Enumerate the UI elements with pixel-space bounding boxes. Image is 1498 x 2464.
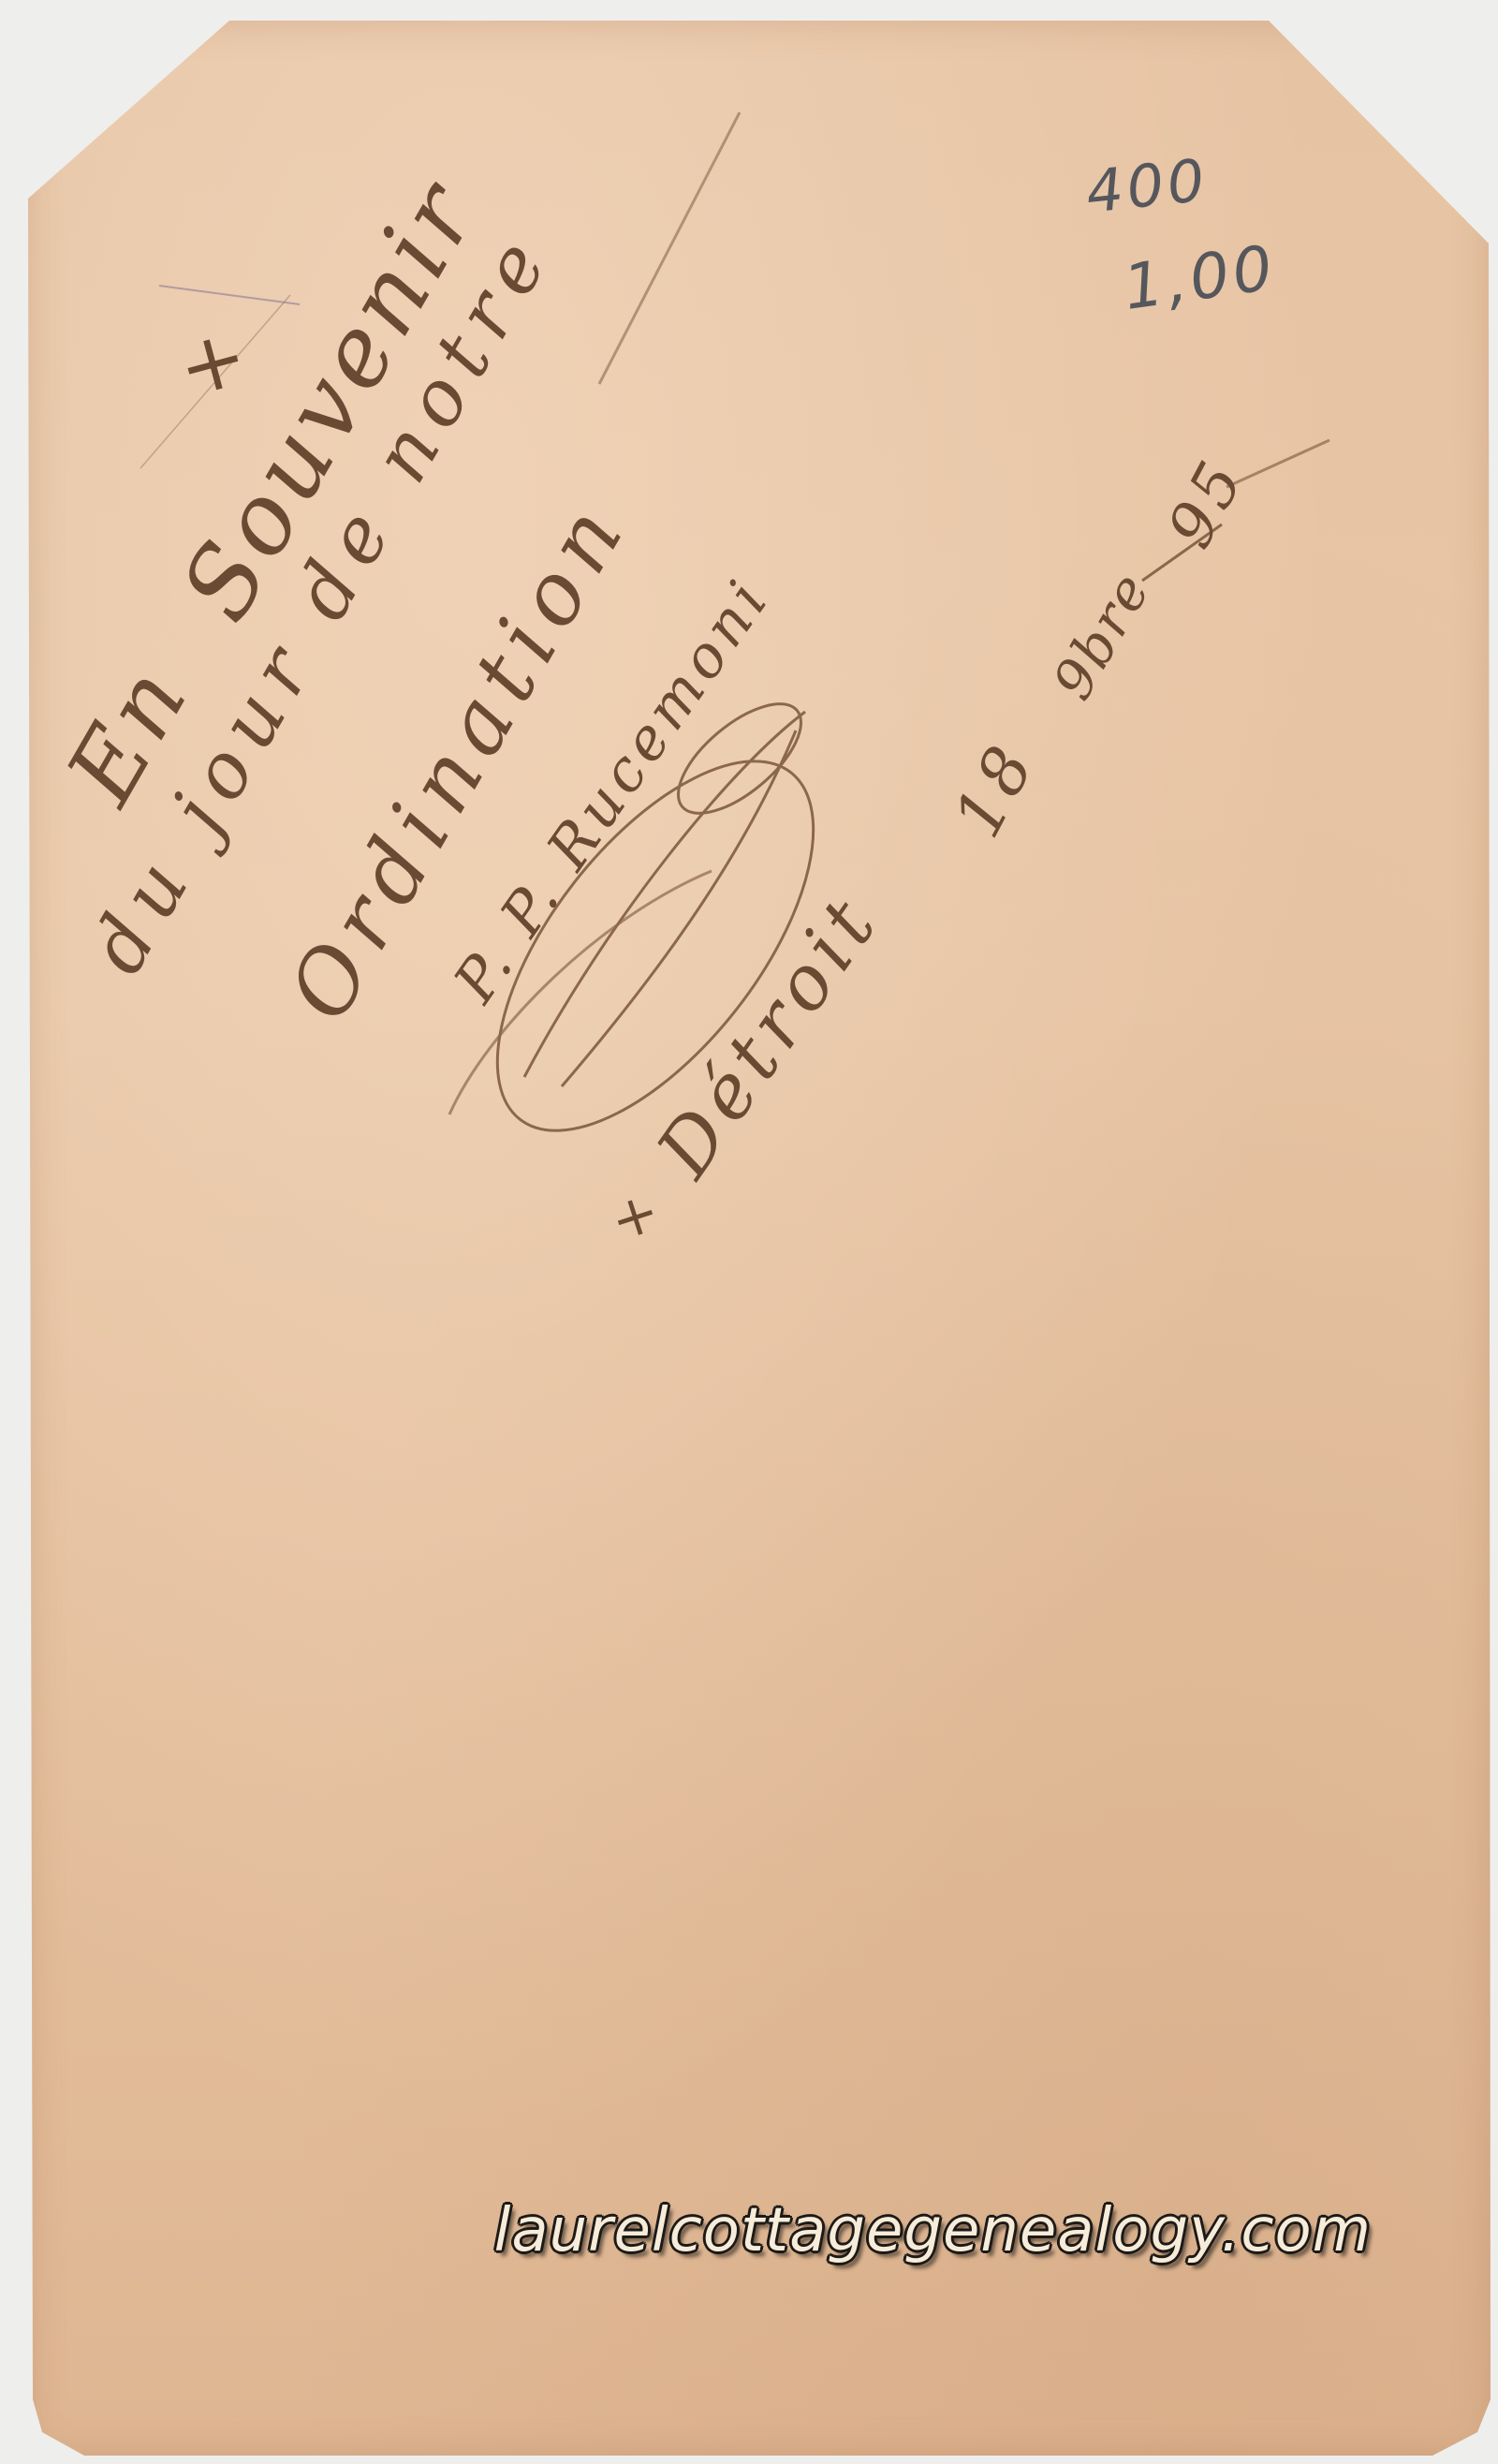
watermark: laurelcottagegenealogy.com <box>0 2196 1498 2265</box>
pencil-note-400: 400 <box>1083 145 1212 226</box>
